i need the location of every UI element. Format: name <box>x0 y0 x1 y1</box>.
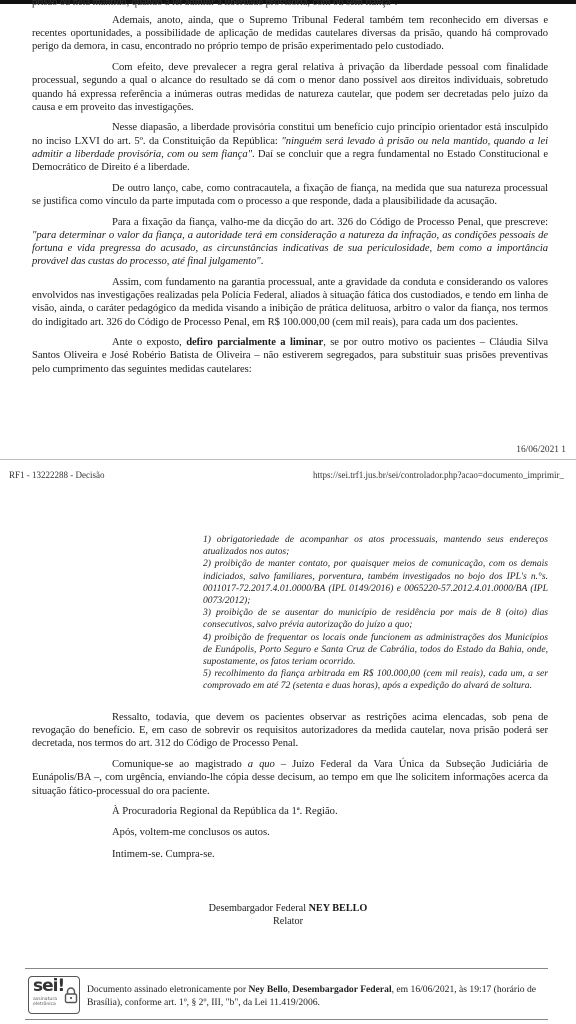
paragraph-liberdade-provisoria: Nesse diapasão, a liberdade provisória c… <box>32 121 548 174</box>
cpp-quote: "para determinar o valor da fiança, a au… <box>32 230 548 267</box>
paragraph-comunique: Comunique-se ao magistrado a quo – Juízo… <box>32 758 548 798</box>
seal-signer-role: Desembargador Federal <box>292 984 391 995</box>
page-header: RF1 - 13222288 - Decisão https://sei.trf… <box>0 470 576 484</box>
paragraph-arbitro-fianca: Assim, com fundamento na garantia proces… <box>32 276 548 329</box>
text: Ante o exposto, <box>112 337 186 348</box>
signer-line: Desembargador Federal NEY BELLO <box>0 903 576 916</box>
document-id: RF1 - 13222288 - Decisão <box>9 470 105 480</box>
signer-name: NEY BELLO <box>309 903 368 914</box>
text: eletrônica <box>33 1002 56 1007</box>
seal-signer: Ney Bello <box>248 984 287 995</box>
paragraph-fixacao-fianca: Para a fixação da fiança, valho-me da di… <box>32 216 548 269</box>
document-page-2-body: Ressalto, todavia, que devem os paciente… <box>32 711 548 869</box>
print-date: 16/06/2021 1 <box>516 445 566 455</box>
sei-wordmark: sei! <box>33 976 64 996</box>
latin-term: a quo <box>248 759 275 770</box>
text: Comunique-se ao magistrado <box>112 759 248 770</box>
list-item: 4) proibição de frequentar os locais ond… <box>203 632 548 669</box>
sei-logo: sei! assinaturaeletrônica <box>28 976 80 1014</box>
seal-statement: Documento assinado eletronicamente por N… <box>87 983 547 1009</box>
list-item: 3) proibição de se ausentar do município… <box>203 607 548 631</box>
sei-subtitle: assinaturaeletrônica <box>33 997 57 1007</box>
text: . <box>261 256 264 267</box>
lock-icon <box>64 986 78 1004</box>
paragraph-ressalto: Ressalto, todavia, que devem os paciente… <box>32 711 548 751</box>
paragraph-stf: Ademais, anoto, ainda, que o Supremo Tri… <box>32 14 548 54</box>
text: Para a fixação da fiança, valho-me da di… <box>112 217 548 228</box>
seal-divider-top <box>25 968 548 969</box>
seal-divider-bottom <box>25 1019 548 1020</box>
text: – Juízo Federal da Vara Única da Subseçã… <box>32 759 548 796</box>
paragraph-regra-geral: Com efeito, deve prevalecer a regra gera… <box>32 61 548 114</box>
cautelares-list: 1) obrigatoriedade de acompanhar os atos… <box>203 534 548 693</box>
paragraph-dispositivo: Ante o exposto, defiro parcialmente a li… <box>32 336 548 376</box>
list-item: 1) obrigatoriedade de acompanhar os atos… <box>203 534 548 558</box>
signature-block: Desembargador Federal NEY BELLO Relator <box>0 903 576 928</box>
document-page-1-body: Ademais, anoto, ainda, que o Supremo Tri… <box>32 14 548 383</box>
signer-role: Relator <box>0 916 576 929</box>
electronic-signature-seal: sei! assinaturaeletrônica Documento assi… <box>25 968 548 1020</box>
document-url: https://sei.trf1.jus.br/sei/controlador.… <box>313 470 564 480</box>
line-procuradoria: À Procuradoria Regional da República da … <box>32 805 548 818</box>
list-item: 5) recolhimento da fiança arbitrada em R… <box>203 668 548 692</box>
line-intimem: Intimem-se. Cumpra-se. <box>32 848 548 861</box>
cut-off-text-line: prisão ou nela mantido, quando a lei adm… <box>32 0 397 8</box>
decision-bold: defiro parcialmente a liminar <box>186 337 323 348</box>
signer-title: Desembargador Federal <box>209 903 309 914</box>
text: Documento assinado eletronicamente por <box>87 984 248 995</box>
line-apos: Após, voltem-me conclusos os autos. <box>32 826 548 839</box>
page-divider <box>0 459 576 460</box>
paragraph-contracautela: De outro lanço, cabe, como contracautela… <box>32 182 548 208</box>
list-item: 2) proibição de manter contato, por quai… <box>203 558 548 607</box>
